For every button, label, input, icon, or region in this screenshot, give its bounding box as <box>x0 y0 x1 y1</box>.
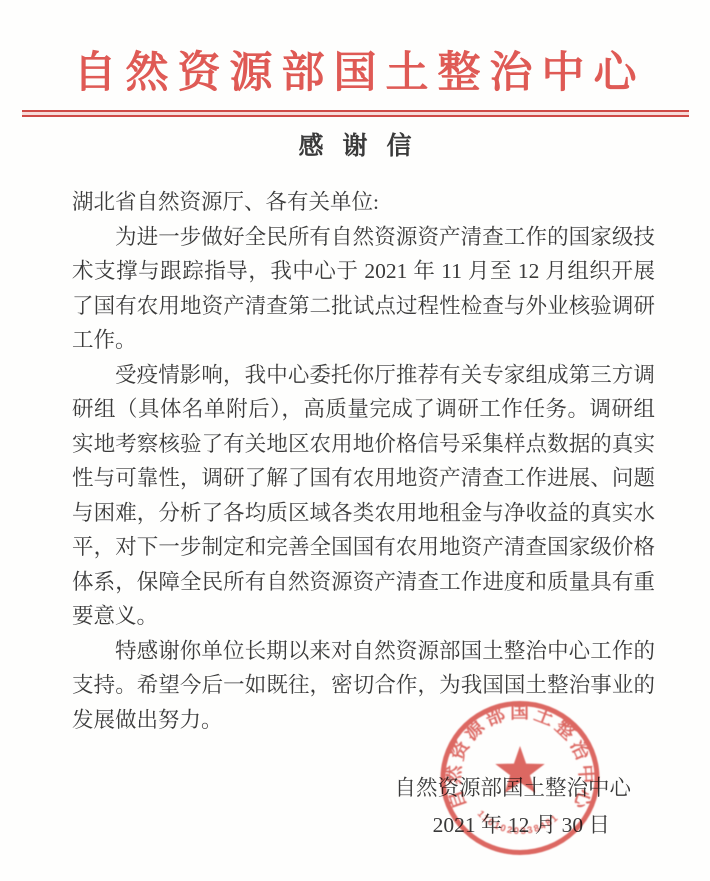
body-paragraph-2: 受疫情影响，我中心委托你厅推荐有关专家组成第三方调研组（具体名单附后），高质量完… <box>72 358 655 634</box>
body-paragraph-1: 为进一步做好全民所有自然资源资产清查工作的国家级技术支撑与跟踪指导，我中心于 2… <box>72 220 655 358</box>
signature-date: 2021 年 12 月 30 日 <box>433 808 610 839</box>
letter-title: 感 谢 信 <box>0 131 710 161</box>
letterhead-rule <box>22 110 689 117</box>
letter-page: 自然资源部国土整治中心 感 谢 信 湖北省自然资源厅、各有关单位: 为进一步做好… <box>0 0 710 881</box>
salutation: 湖北省自然资源厅、各有关单位: <box>72 185 655 220</box>
letterhead: 自然资源部国土整治中心 <box>0 50 710 117</box>
signature-name: 自然资源部国土整治中心 <box>394 771 631 802</box>
letterhead-title: 自然资源部国土整治中心 <box>0 50 710 97</box>
body-paragraph-3: 特感谢你单位长期以来对自然资源部国土整治中心工作的支持。希望今后一如既往，密切合… <box>72 634 655 738</box>
letter-body: 湖北省自然资源厅、各有关单位: 为进一步做好全民所有自然资源资产清查工作的国家级… <box>72 185 655 737</box>
